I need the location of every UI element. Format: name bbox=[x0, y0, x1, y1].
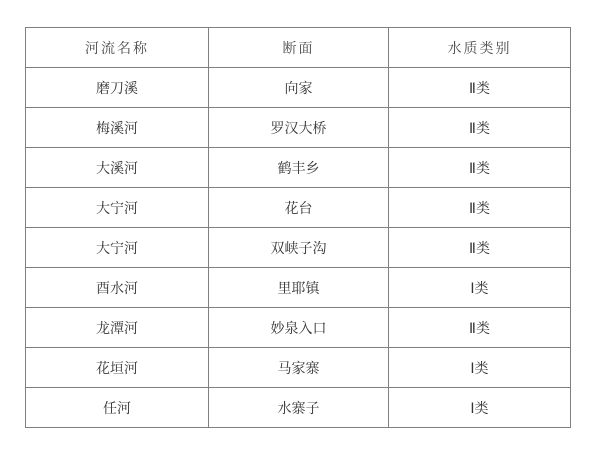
table-body: 磨刀溪向家Ⅱ类梅溪河罗汉大桥Ⅱ类大溪河鹤丰乡Ⅱ类大宁河花台Ⅱ类大宁河双峡子沟Ⅱ类… bbox=[26, 68, 571, 428]
water-quality-category-cell: Ⅱ类 bbox=[389, 188, 571, 228]
header-river-name: 河流名称 bbox=[26, 28, 209, 68]
river-name-cell: 梅溪河 bbox=[26, 108, 209, 148]
section-cell: 花台 bbox=[209, 188, 389, 228]
table-row: 龙潭河妙泉入口Ⅱ类 bbox=[26, 308, 571, 348]
water-quality-category-cell: Ⅱ类 bbox=[389, 108, 571, 148]
section-cell: 向家 bbox=[209, 68, 389, 108]
river-name-cell: 任河 bbox=[26, 388, 209, 428]
section-cell: 鹤丰乡 bbox=[209, 148, 389, 188]
table-row: 任河水寨子Ⅰ类 bbox=[26, 388, 571, 428]
table-row: 磨刀溪向家Ⅱ类 bbox=[26, 68, 571, 108]
river-name-cell: 酉水河 bbox=[26, 268, 209, 308]
section-cell: 马家寨 bbox=[209, 348, 389, 388]
section-cell: 里耶镇 bbox=[209, 268, 389, 308]
water-quality-category-cell: Ⅱ类 bbox=[389, 308, 571, 348]
river-name-cell: 大溪河 bbox=[26, 148, 209, 188]
section-cell: 水寨子 bbox=[209, 388, 389, 428]
table-header: 河流名称 断面 水质类别 bbox=[26, 28, 571, 68]
water-quality-category-cell: Ⅱ类 bbox=[389, 148, 571, 188]
header-row: 河流名称 断面 水质类别 bbox=[26, 28, 571, 68]
water-quality-category-cell: Ⅰ类 bbox=[389, 388, 571, 428]
river-name-cell: 大宁河 bbox=[26, 228, 209, 268]
water-quality-table: 河流名称 断面 水质类别 磨刀溪向家Ⅱ类梅溪河罗汉大桥Ⅱ类大溪河鹤丰乡Ⅱ类大宁河… bbox=[25, 27, 571, 428]
table-row: 酉水河里耶镇Ⅰ类 bbox=[26, 268, 571, 308]
water-quality-category-cell: Ⅱ类 bbox=[389, 228, 571, 268]
water-quality-category-cell: Ⅰ类 bbox=[389, 348, 571, 388]
table-row: 花垣河马家寨Ⅰ类 bbox=[26, 348, 571, 388]
water-quality-category-cell: Ⅰ类 bbox=[389, 268, 571, 308]
table-row: 大溪河鹤丰乡Ⅱ类 bbox=[26, 148, 571, 188]
river-name-cell: 大宁河 bbox=[26, 188, 209, 228]
section-cell: 双峡子沟 bbox=[209, 228, 389, 268]
header-water-quality-category: 水质类别 bbox=[389, 28, 571, 68]
section-cell: 罗汉大桥 bbox=[209, 108, 389, 148]
table-row: 梅溪河罗汉大桥Ⅱ类 bbox=[26, 108, 571, 148]
water-quality-category-cell: Ⅱ类 bbox=[389, 68, 571, 108]
river-name-cell: 磨刀溪 bbox=[26, 68, 209, 108]
table-row: 大宁河花台Ⅱ类 bbox=[26, 188, 571, 228]
river-name-cell: 龙潭河 bbox=[26, 308, 209, 348]
section-cell: 妙泉入口 bbox=[209, 308, 389, 348]
header-section: 断面 bbox=[209, 28, 389, 68]
river-name-cell: 花垣河 bbox=[26, 348, 209, 388]
table-row: 大宁河双峡子沟Ⅱ类 bbox=[26, 228, 571, 268]
